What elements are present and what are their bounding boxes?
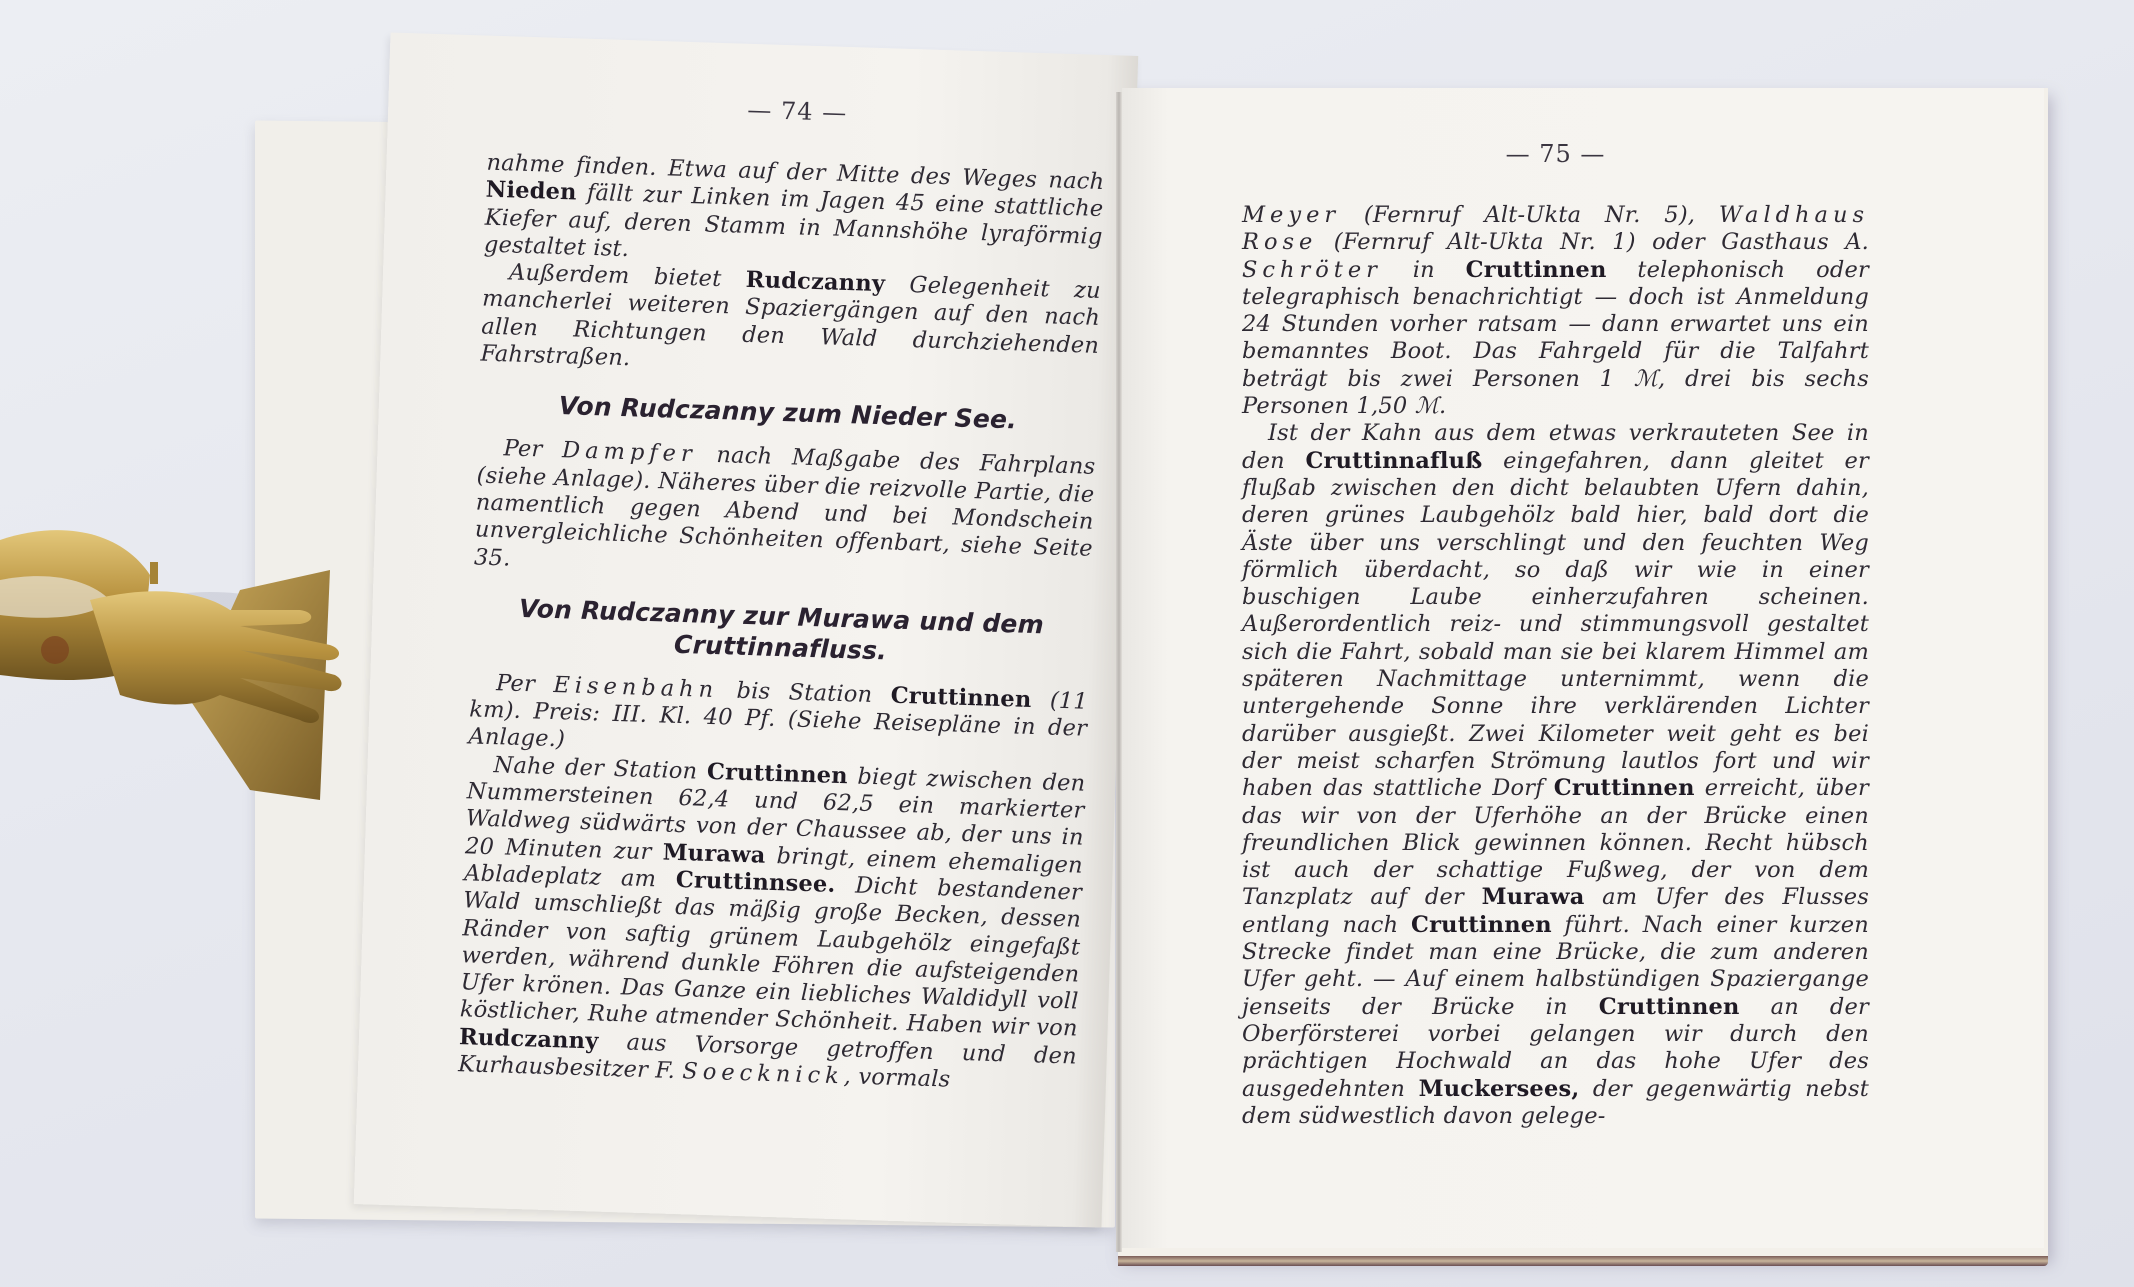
place-name: Rudczanny	[745, 267, 885, 297]
paragraph: Nahe der Station Cruttinnen biegt zwisch…	[458, 751, 1086, 1098]
page-75-body: Meyer (Fernruf Alt-Ukta Nr. 5), Waldhaus…	[1242, 202, 1869, 1130]
place-name: Cruttinnen	[1554, 775, 1695, 801]
place-name: Cruttinnsee.	[675, 867, 835, 898]
page-74-body: nahme finden. Etwa auf der Mitte des Weg…	[458, 150, 1105, 1098]
page-number: — 74 —	[488, 88, 1107, 135]
place-name: Cruttinnafluß	[1305, 448, 1482, 474]
book-photo-scene: — 74 — nahme finden. Etwa auf der Mitte …	[0, 0, 2134, 1287]
place-name: Rudczanny	[459, 1024, 599, 1054]
place-name: Muckersees,	[1419, 1076, 1580, 1102]
paragraph: Außerdem bietet Rudczanny Gelegenheit zu…	[480, 259, 1101, 388]
section-heading-murawa: Von Rudczanny zur Murawa und dem Cruttin…	[471, 591, 1091, 672]
place-name: Murawa	[1482, 884, 1585, 910]
paragraph: Per Dampfer nach Maßgabe des Fahrplans (…	[474, 435, 1096, 591]
page-number: — 75 —	[1242, 140, 1869, 168]
page-75: — 75 — Meyer (Fernruf Alt-Ukta Nr. 5), W…	[1122, 88, 2044, 1248]
paragraph: Meyer (Fernruf Alt-Ukta Nr. 5), Waldhaus…	[1242, 202, 1869, 420]
paragraph: nahme finden. Etwa auf der Mitte des Weg…	[484, 150, 1105, 279]
place-name: Cruttinnen	[890, 682, 1032, 712]
place-name: Murawa	[662, 839, 766, 868]
brass-hand-clip-icon	[0, 500, 350, 800]
place-name: Cruttinnen	[1599, 994, 1740, 1020]
place-name: Nieden	[485, 177, 577, 206]
paragraph: Ist der Kahn aus dem etwas verkrauteten …	[1242, 420, 1869, 1130]
page-block-edge	[1118, 1256, 2048, 1266]
section-heading-nieder-see: Von Rudczanny zum Nieder See.	[478, 388, 1097, 438]
page-74: — 74 — nahme finden. Etwa auf der Mitte …	[354, 33, 1138, 1228]
place-name: Cruttinnen	[1411, 912, 1552, 938]
place-name: Cruttinnen	[1466, 257, 1607, 283]
place-name: Cruttinnen	[707, 759, 849, 789]
